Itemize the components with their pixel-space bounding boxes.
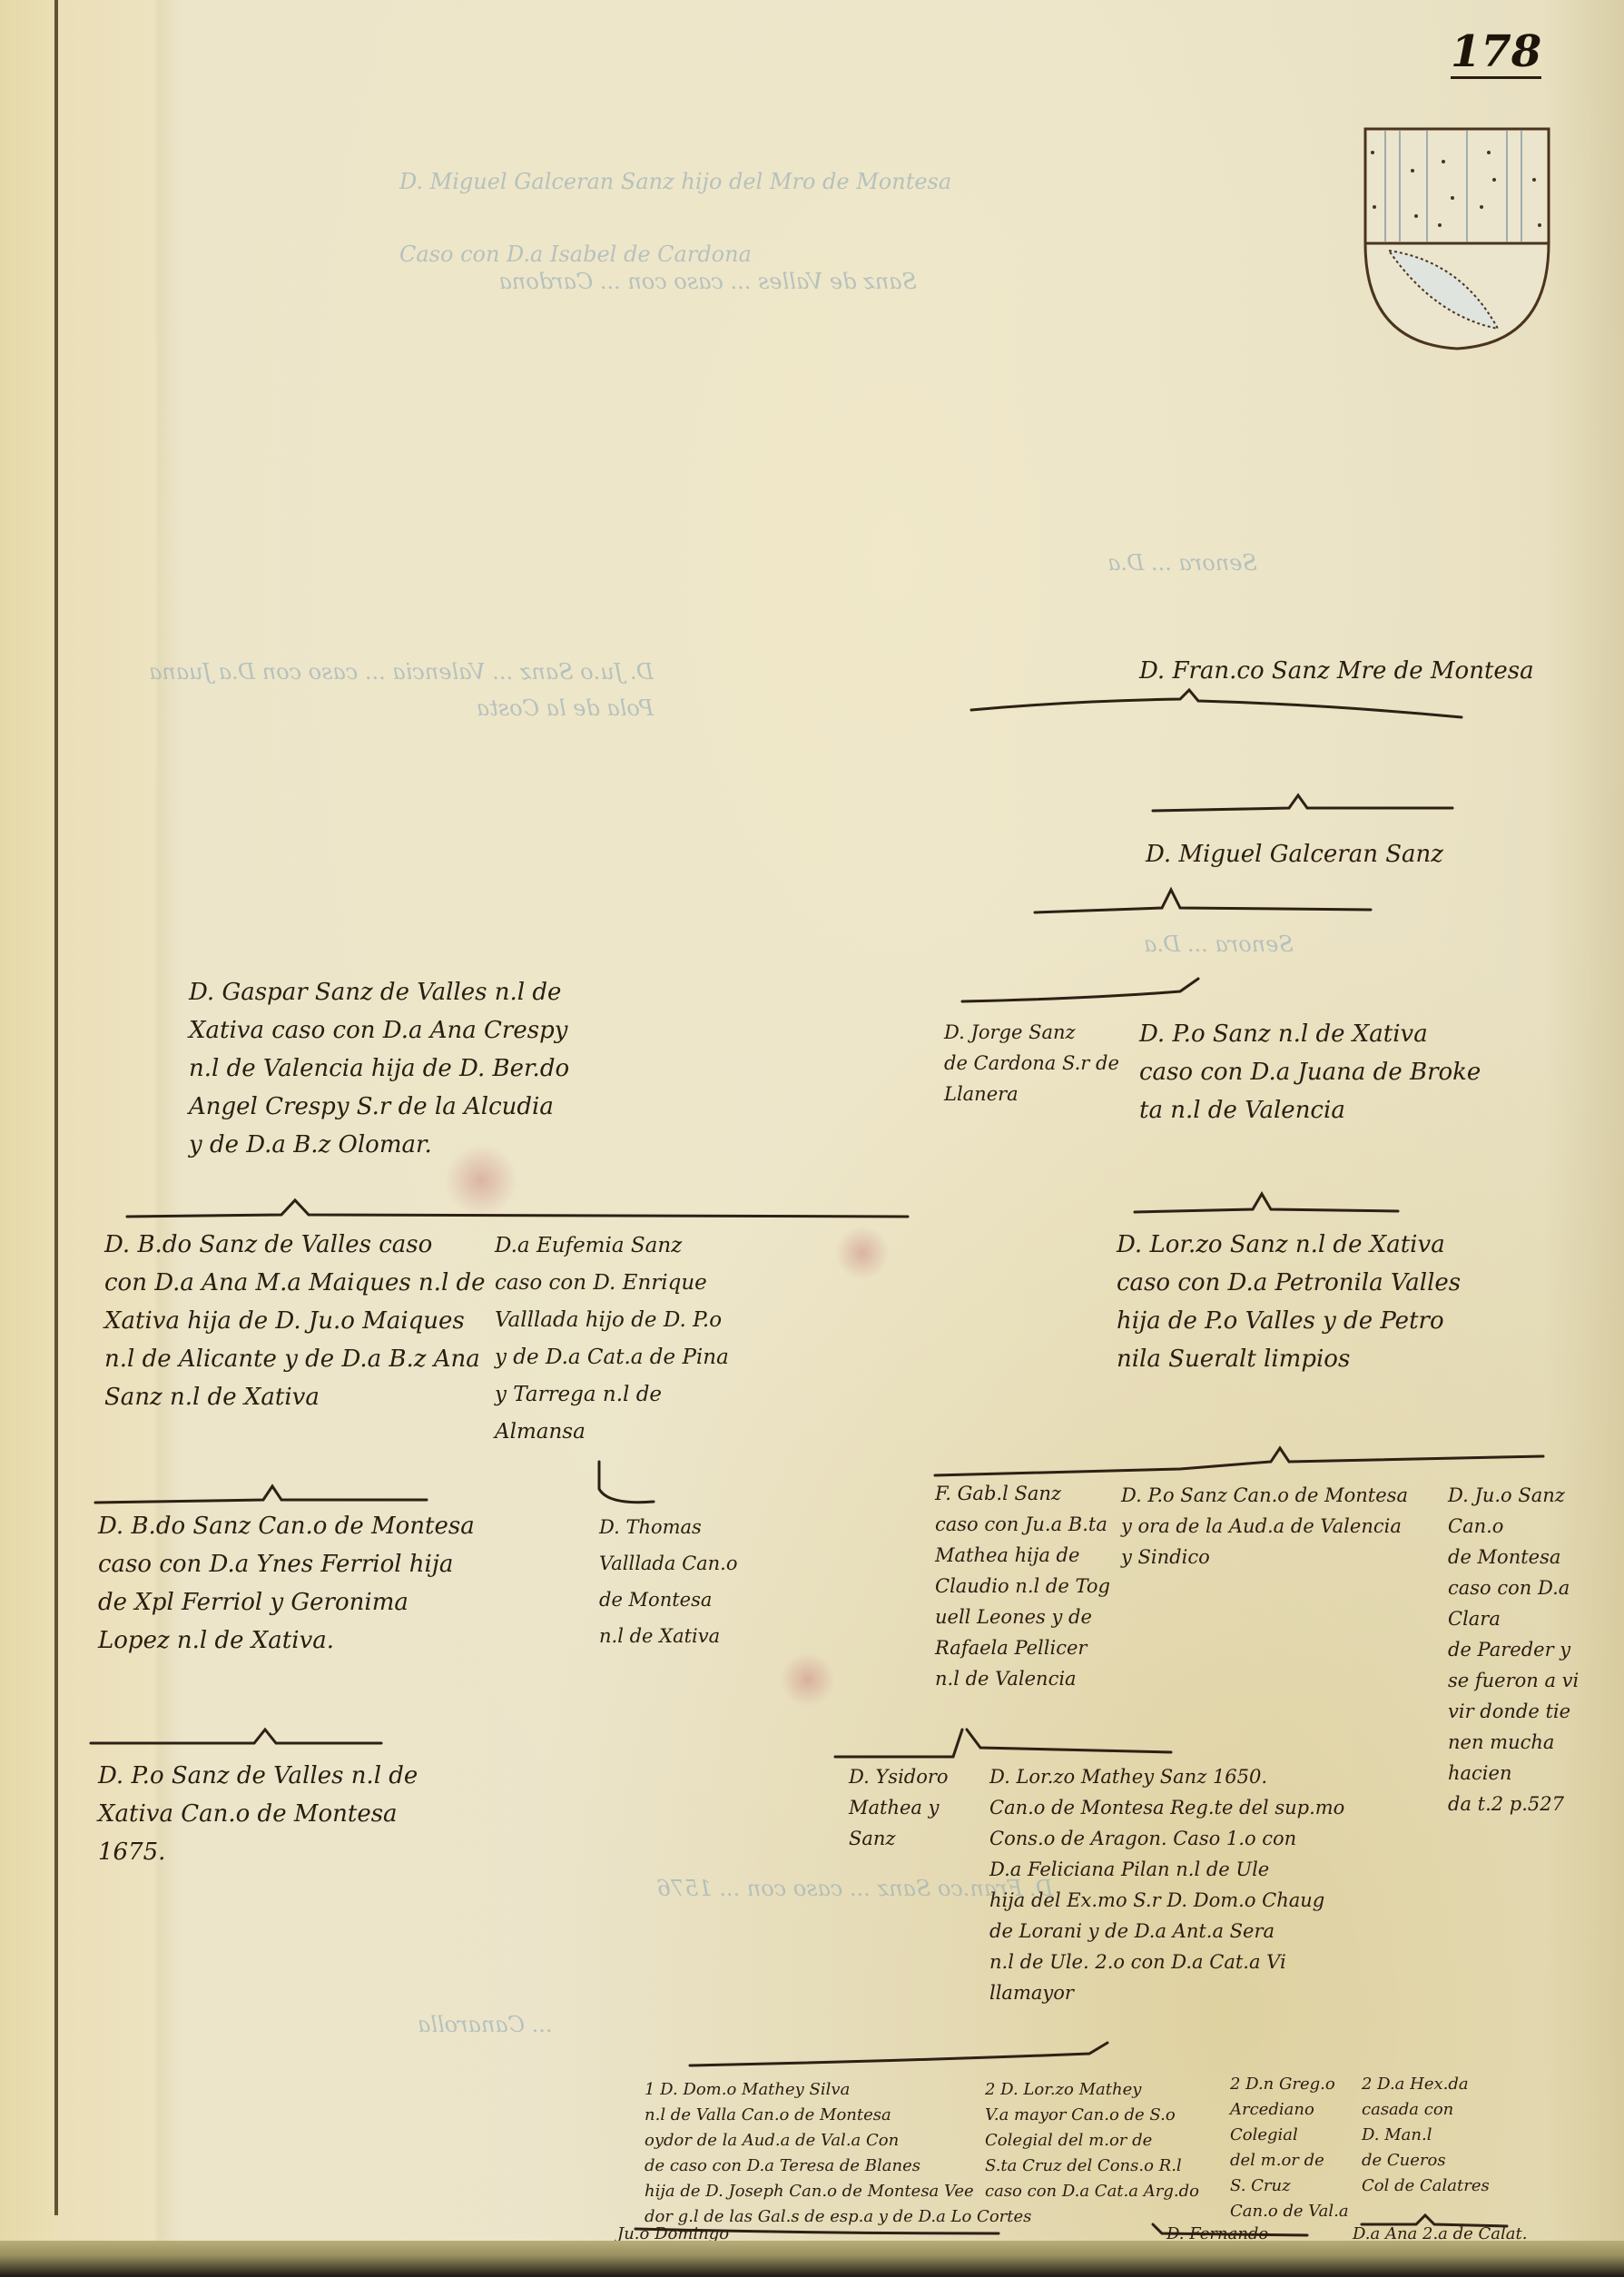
person-gaspar-sanz-de-valles: D. Gaspar Sanz de Valles n.l de Xativa c… xyxy=(189,973,569,1164)
manuscript-page: 178 D. Miguel Galceran Sanz hijo del Mro… xyxy=(0,0,1624,2241)
person-domingo-mathey: 1 D. Dom.o Mathey Silva n.l de Valla Can… xyxy=(645,2077,1031,2230)
person-gabriel-sanz: F. Gab.l Sanz caso con Ju.a B.ta Mathea … xyxy=(935,1478,1110,1694)
person-bernardo-sanz-canon: D. B.do Sanz Can.o de Montesa caso con D… xyxy=(98,1507,475,1660)
person-eufemia-sanz: D.a Eufemia Sanz caso con D. Enrique Val… xyxy=(495,1227,729,1451)
page-bottom-edge xyxy=(0,2241,1624,2277)
person-pedro-sanz-canon: D. P.o Sanz Can.o de Montesa y ora de la… xyxy=(1121,1480,1408,1572)
person-isidoro-mathea: D. Ysidoro Mathea y Sanz xyxy=(849,1761,949,1854)
person-bernardo-sanz-de-valles: D. B.do Sanz de Valles caso con D.a Ana … xyxy=(104,1226,486,1416)
person-lorenzo-mathey-jr: 2 D. Lor.zo Mathey V.a mayor Can.o de S.… xyxy=(985,2077,1199,2204)
person-gregorio: 2 D.n Greg.o Arcediano Colegial del m.or… xyxy=(1230,2072,1349,2224)
person-lorenzo-mathey-sanz: D. Lor.zo Mathey Sanz 1650. Can.o de Mon… xyxy=(989,1761,1344,2008)
person-pedro-sanz-de-valles: D. P.o Sanz de Valles n.l de Xativa Can.… xyxy=(98,1757,418,1871)
person-francisco-sanz: D. Fran.co Sanz Mre de Montesa xyxy=(1139,652,1534,690)
person-miguel-galceran-sanz: D. Miguel Galceran Sanz xyxy=(1146,835,1443,873)
person-daughter-married: 2 D.a Hex.da casada con D. Man.l de Cuer… xyxy=(1362,2072,1490,2199)
person-lorenzo-sanz: D. Lor.zo Sanz n.l de Xativa caso con D.… xyxy=(1117,1226,1461,1378)
person-thomas-valllada: D. Thomas Valllada Can.o de Montesa n.l … xyxy=(599,1509,738,1654)
person-pedro-sanz: D. P.o Sanz n.l de Xativa caso con D.a J… xyxy=(1139,1015,1481,1129)
person-juan-sanz: D. Ju.o Sanz Can.o de Montesa caso con D… xyxy=(1448,1480,1624,1819)
person-jorge-sanz: D. Jorge Sanz de Cardona S.r de Llanera xyxy=(944,1017,1119,1109)
